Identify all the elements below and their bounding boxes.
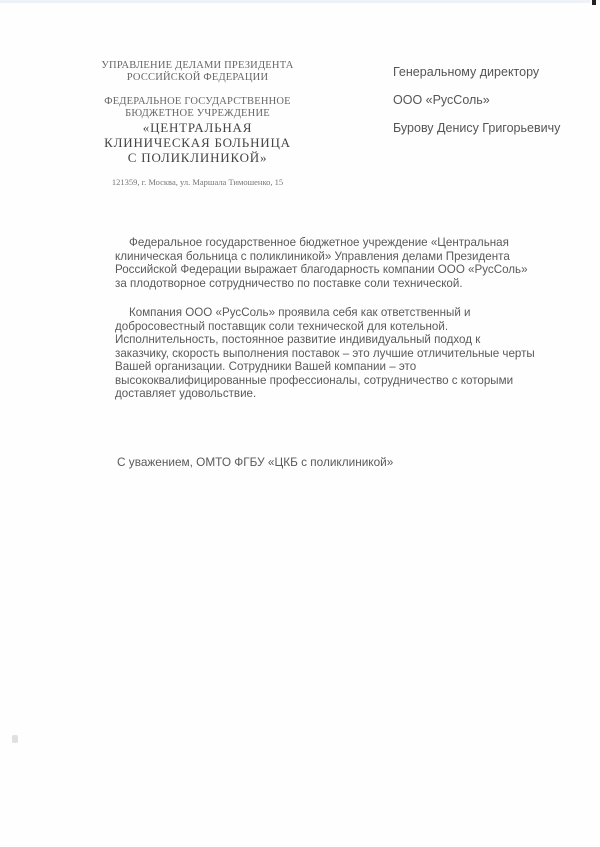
letterhead-address: 121359, г. Москва, ул. Маршала Тимошенко… (90, 177, 305, 187)
letterhead-line: ФЕДЕРАЛЬНОЕ ГОСУДАРСТВЕННОЕ (90, 96, 305, 108)
addressee-position: Генеральному директору (393, 58, 560, 86)
scan-edge (0, 0, 590, 3)
addressee-company: ООО «РусСоль» (393, 86, 560, 114)
letterhead-title: С ПОЛИКЛИНИКОЙ» (90, 150, 305, 165)
letterhead-line: БЮДЖЕТНОЕ УЧРЕЖДЕНИЕ (90, 108, 305, 120)
letterhead-line: УПРАВЛЕНИЕ ДЕЛАМИ ПРЕЗИДЕНТА (90, 60, 305, 72)
letterhead-title: «ЦЕНТРАЛЬНАЯ (90, 120, 305, 135)
addressee-block: Генеральному директору ООО «РусСоль» Бур… (393, 58, 560, 142)
letterhead-title: КЛИНИЧЕСКАЯ БОЛЬНИЦА (90, 135, 305, 150)
letter-body: Федеральное государственное бюджетное уч… (115, 236, 535, 417)
scan-mark (592, 0, 596, 5)
letterhead-line: РОССИЙСКОЙ ФЕДЕРАЦИИ (90, 72, 305, 84)
letter-page: УПРАВЛЕНИЕ ДЕЛАМИ ПРЕЗИДЕНТА РОССИЙСКОЙ … (0, 0, 600, 847)
body-paragraph: Федеральное государственное бюджетное уч… (115, 236, 535, 290)
letterhead: УПРАВЛЕНИЕ ДЕЛАМИ ПРЕЗИДЕНТА РОССИЙСКОЙ … (90, 60, 305, 187)
scan-speck (12, 735, 18, 743)
addressee-person: Бурову Денису Григорьевичу (393, 114, 560, 142)
body-paragraph: Компания ООО «РусСоль» проявила себя как… (115, 306, 535, 401)
signature-line: С уважением, ОМТО ФГБУ «ЦКБ с поликлиник… (117, 455, 393, 469)
